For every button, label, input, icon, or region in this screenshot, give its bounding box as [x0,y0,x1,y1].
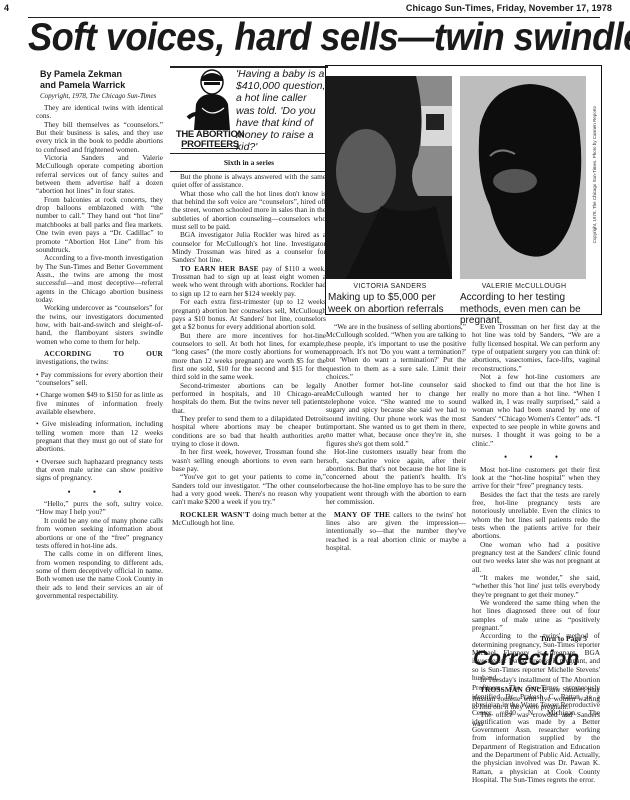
paragraph: “Hello,” purrs the soft, sultry voice. “… [36,500,163,517]
paragraph: “We are in the business of selling abort… [326,323,466,381]
paragraph: Most hot-line customers get their first … [472,466,600,491]
pull-quote: 'Having a baby is a $410,000 question,' … [236,68,328,153]
paragraph: According to a five-month investigation … [36,254,163,304]
byline: By Pamela Zekman and Pamela Warrick [40,69,125,91]
section-paragraph: TO EARN HER BASE pay of $110 a week, Tro… [172,265,326,298]
article-column-3: “We are in the business of selling abort… [326,323,466,552]
correction-box: In Tuesday's installment of The Abortion… [472,676,600,784]
portrait-photo-icon [326,76,452,279]
correction-body: In Tuesday's installment of The Abortion… [472,676,600,784]
section-paragraph: ACCORDING TO OUR investigations, the twi… [36,350,163,367]
jump-line[interactable]: Turn to Page 5 [540,634,587,643]
section-separator: • • • [36,488,163,496]
photo-block: VICTORIA SANDERS VALERIE McCULLOUGH Maki… [325,65,602,315]
paragraph: In her first week, however, Trossman fou… [172,448,326,473]
paragraph: We wondered the same thing when the hot … [472,599,600,632]
article-column-2: But the phone is always answered with th… [172,173,326,527]
bullet-item: • Charge women $49 to $150 for as little… [36,391,163,416]
section-paragraph: ROCKLER WASN'T doing much better at the … [172,511,326,528]
paragraph: But there are more incentives for hot-li… [172,332,326,382]
dateline: Chicago Sun-Times, Friday, November 17, … [406,3,612,13]
paragraph: Second-trimester abortions can be legall… [172,382,326,415]
photo-credit: Copyright, 1978, The Chicago Sun-Times. … [592,106,597,243]
photo-name-right: VALERIE McCULLOUGH [460,283,588,290]
headline: Soft voices, hard sells—twin swindles [28,16,577,60]
paragraph: What those who call the hot lines don't … [172,190,326,232]
byline-author-1: By Pamela Zekman [40,69,125,80]
section-separator: • • • [472,453,600,461]
paragraph: Victoria Sanders and Valerie McCullough … [36,154,163,196]
paragraph: Even Trossman on her first day at the ho… [472,323,600,373]
photo-caption-left: Making up to $5,000 per week on abortion… [328,292,456,315]
bullet-item: • Give misleading information, including… [36,420,163,453]
paragraph: Working undercover as “counselors” for t… [36,304,163,346]
section-paragraph: MANY OF THE callers to the twins' hot li… [326,511,466,553]
article-column-1: They are identical twins with identical … [36,104,163,600]
copyright-line: Copyright, 1978, The Chicago Sun-Times [40,92,156,100]
paragraph: They are identical twins with identical … [36,104,163,121]
paragraph: Hot-line customers usually hear from the… [326,448,466,506]
cartoon-profiteer-figure-icon [180,68,240,130]
paragraph: For each extra first-trimester (up to 12… [172,298,326,331]
paragraph: The calls come in on different lines, fr… [36,550,163,600]
paragraph: One woman who had a positive pregnancy t… [472,541,600,574]
portrait-photo-icon [460,76,586,279]
correction-heading: Correction [473,647,579,671]
paragraph: But the phone is always answered with th… [172,173,326,190]
paragraph: Besides the fact that the tests are rare… [472,491,600,541]
paragraph: From balconies at rock concerts, they dr… [36,196,163,254]
bullet-item: • Pay commissions for every abortion the… [36,371,163,388]
paragraph: “It makes me wonder,” she said, “whether… [472,574,600,599]
paragraph: “You've got to get your patients to come… [172,473,326,506]
paragraph: Not a few hot-line customers are shocked… [472,373,600,448]
photo-victoria-sanders [326,76,452,279]
bullet-item: • Oversee such haphazard pregnancy tests… [36,458,163,483]
paragraph: They bill themselves as “counselors.” Bu… [36,121,163,154]
byline-author-2: and Pamela Warrick [40,80,125,91]
paragraph: They prefer to send them to a dilapidate… [172,415,326,448]
paragraph: Another former hot-line counselor said M… [326,381,466,448]
series-label: Sixth in a series [170,153,328,172]
paragraph: It could be any one of many phone calls … [36,517,163,550]
photo-valerie-mccullough [460,76,586,279]
photo-name-left: VICTORIA SANDERS [326,283,454,290]
paragraph: BGA investigator Julia Rockler was hired… [172,231,326,264]
page-number: 4 [4,3,9,13]
